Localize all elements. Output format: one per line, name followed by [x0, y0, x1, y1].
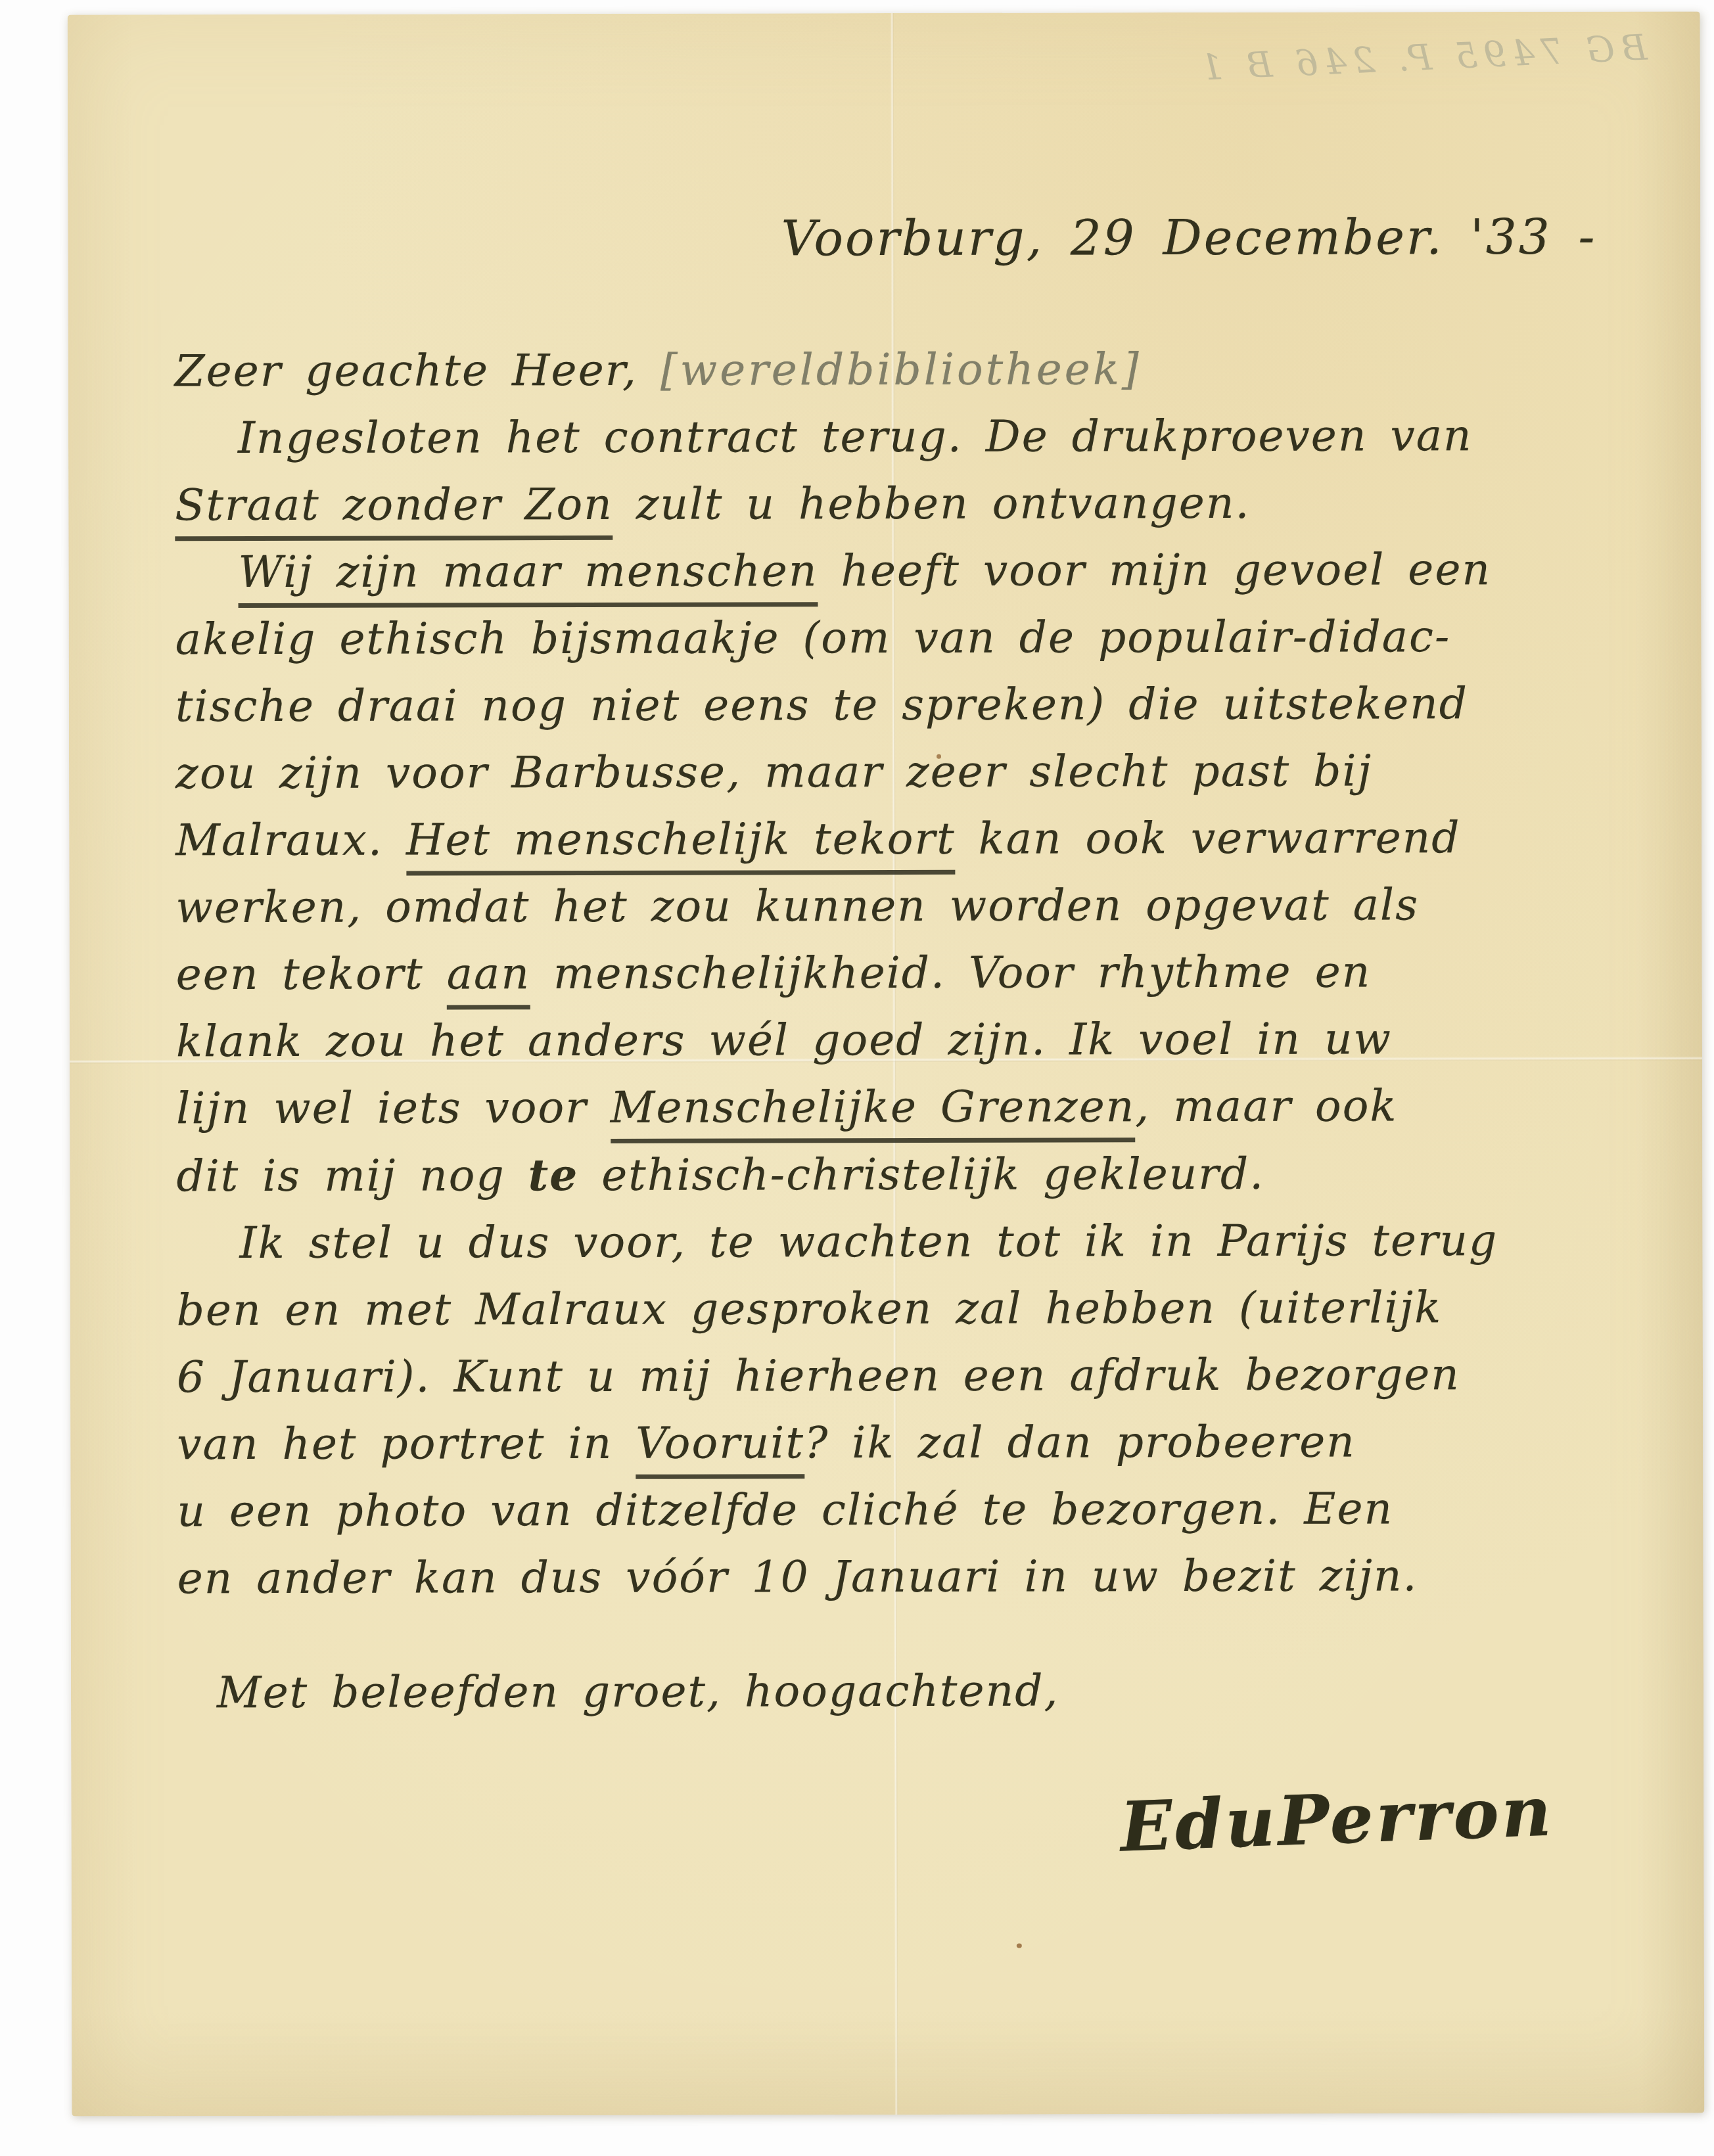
text-segment: ethisch-christelijk gekleurd. — [578, 1149, 1264, 1201]
text-segment: Met beleefden groet, hoogachtend, — [217, 1665, 1059, 1718]
text-segment: van het portret in — [177, 1418, 636, 1469]
closing-line: Met beleefden groet, hoogachtend, — [177, 1657, 1618, 1727]
signature: EduPerron — [1119, 1770, 1555, 1867]
paper-speck — [1017, 1944, 1022, 1948]
letter-line: zou zijn voor Barbusse, maar zeer slecht… — [175, 737, 1616, 808]
bleed-through-annotation: BG 7495 P. 246 B 1 — [1194, 27, 1648, 89]
text-segment: lijn wel iets voor — [176, 1082, 611, 1134]
letter-page: BG 7495 P. 246 B 1 Voorburg, 29 December… — [68, 11, 1705, 2116]
letter-line: en ander kan dus vóór 10 Januari in uw b… — [177, 1542, 1618, 1613]
text-segment: Het menschelijk tekort — [406, 814, 956, 876]
letter-line: klank zou het anders wél goed zijn. Ik v… — [176, 1005, 1617, 1076]
text-segment: Vooruit — [636, 1417, 804, 1479]
text-segment: Straat zonder Zon — [175, 479, 613, 541]
text-segment: zult u hebben ontvangen. — [613, 478, 1251, 530]
text-segment: ben en met Malraux gesproken zal hebben … — [177, 1282, 1443, 1335]
letter-line: een tekort aan menschelijkheid. Voor rhy… — [176, 938, 1617, 1009]
letter-line: u een photo van ditzelfde cliché te bezo… — [177, 1475, 1617, 1546]
letter-line: tische draai nog niet eens te spreken) d… — [175, 670, 1616, 741]
text-segment: menschelijkheid. Voor rhythme en — [530, 946, 1371, 999]
letter-line: ben en met Malraux gesproken zal hebben … — [177, 1274, 1617, 1344]
text-segment: werken, omdat het zou kunnen worden opge… — [175, 879, 1419, 932]
text-segment: Malraux. — [175, 815, 406, 866]
text-segment: en ander kan dus vóór 10 Januari in uw b… — [177, 1550, 1418, 1603]
letter-line: Ik stel u dus voor, te wachten tot ik in… — [176, 1207, 1617, 1277]
text-segment: akelig ethisch bijsmaakje (om van de pop… — [175, 611, 1451, 664]
letter-body: Zeer geachte Heer, [wereldbibliotheek]In… — [175, 335, 1618, 1727]
place-date-line: Voorburg, 29 December. '33 - — [68, 209, 1596, 269]
text-segment: te — [528, 1149, 579, 1201]
text-segment: Wij zijn maar menschen — [238, 545, 818, 608]
letter-line: werken, omdat het zou kunnen worden opge… — [175, 871, 1616, 942]
letter-line: Straat zonder Zon zult u hebben ontvange… — [175, 469, 1615, 539]
letter-line: Malraux. Het menschelijk tekort kan ook … — [175, 804, 1616, 875]
text-segment: , maar ook — [1135, 1080, 1397, 1132]
letter-line: van het portret in Vooruit? ik zal dan p… — [177, 1408, 1617, 1479]
letter-line: akelig ethisch bijsmaakje (om van de pop… — [175, 603, 1616, 674]
text-segment: dit is mij nog — [176, 1150, 528, 1201]
text-segment: kan ook verwarrend — [956, 812, 1461, 864]
letter-line: Ingesloten het contract terug. De drukpr… — [175, 402, 1615, 472]
text-segment: Ingesloten het contract terug. De drukpr… — [238, 410, 1473, 463]
letter-line: dit is mij nog te ethisch-christelijk ge… — [176, 1139, 1617, 1210]
text-segment: aan — [447, 948, 530, 1009]
text-segment: tische draai nog niet eens te spreken) d… — [175, 678, 1468, 731]
text-segment: Zeer geachte Heer, — [175, 345, 660, 397]
text-segment: Ik stel u dus voor, te wachten tot ik in… — [239, 1215, 1498, 1268]
text-segment: u een photo van ditzelfde cliché te bezo… — [177, 1483, 1393, 1536]
letter-line: 6 Januari). Kunt u mij hierheen een afdr… — [177, 1341, 1617, 1411]
text-segment: Menschelijke Grenzen — [611, 1081, 1136, 1143]
text-segment: zou zijn voor Barbusse, maar zeer slecht… — [175, 745, 1372, 798]
letter-line: Wij zijn maar menschen heeft voor mijn g… — [175, 536, 1615, 607]
salutation-line: Zeer geachte Heer, [wereldbibliotheek] — [175, 335, 1615, 405]
text-segment: ? ik zal dan probeeren — [804, 1417, 1356, 1469]
text-segment: een tekort — [176, 948, 447, 999]
text-segment: 6 Januari). Kunt u mij hierheen een afdr… — [177, 1349, 1460, 1402]
letter-line: lijn wel iets voor Menschelijke Grenzen,… — [176, 1072, 1617, 1143]
text-segment: [wereldbibliotheek] — [660, 344, 1142, 396]
text-segment: klank zou het anders wél goed zijn. Ik v… — [176, 1013, 1392, 1067]
text-segment: heeft voor mijn gevoel een — [818, 544, 1491, 596]
